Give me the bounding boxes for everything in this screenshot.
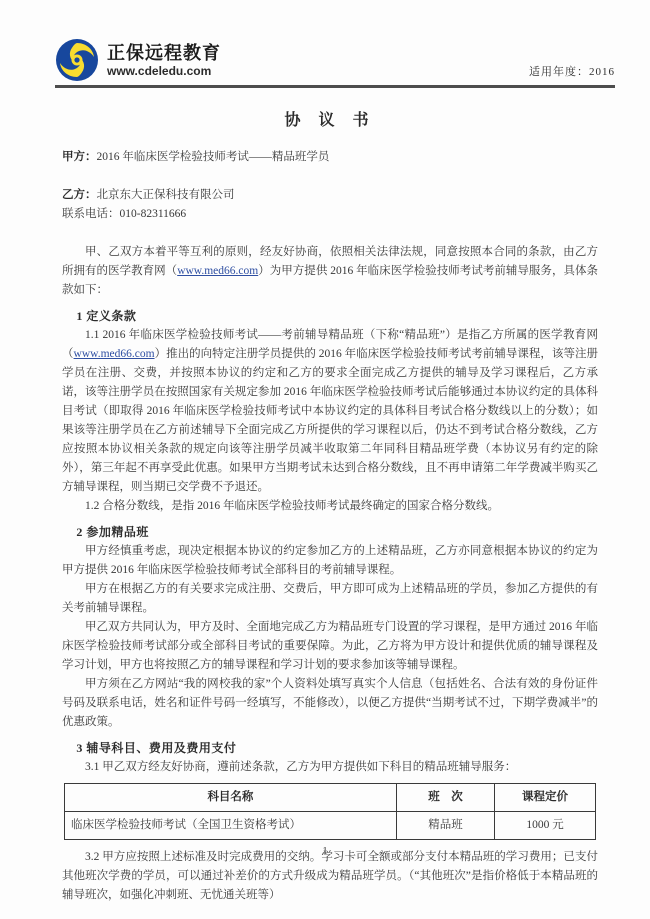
party-a-line: 甲方：2016 年临床医学检验技师考试——精品班学员 [62,148,598,167]
party-b-text: 北京东大正保科技有限公司 [97,189,235,201]
clause-3-1: 3.1 甲乙双方经友好协商，遵前述条款，乙方为甲方提供如下科目的精品班辅导服务： [62,758,598,777]
applicable-year: 适用年度：2016 [529,63,615,82]
col-header-price: 课程定价 [495,784,596,812]
brand-name: 正保远程教育 [107,42,221,64]
clause-1-2: 1.2 合格分数线，是指 2016 年临床医学检验技师考试最终确定的国家合格分数… [62,497,598,516]
document-title: 协 议 书 [62,110,598,132]
header-divider [55,85,615,88]
section-2-heading: 2 参加精品班 [62,522,598,542]
med66-link[interactable]: www.med66.com [177,265,258,277]
section-3-heading: 3 辅导科目、费用及费用支付 [62,738,598,758]
fee-table-row: 临床医学检验技师考试（全国卫生资格考试） 精品班 1000 元 [65,812,596,840]
party-b-line: 乙方：北京东大正保科技有限公司 [62,186,598,205]
med66-link[interactable]: www.med66.com [74,348,155,360]
section-2-paragraph-3: 甲乙双方共同认为，甲方及时、全面地完成乙方为精品班专门设置的学习课程，是甲方通过… [62,618,598,675]
party-b-label: 乙方： [62,189,97,201]
cell-subject: 临床医学检验技师考试（全国卫生资格考试） [65,812,397,840]
party-a-text: 2016 年临床医学检验技师考试——精品班学员 [97,151,330,163]
col-header-class-type: 班 次 [396,784,494,812]
section-1-heading: 1 定义条款 [62,306,598,326]
intro-paragraph: 甲、乙双方本着平等互利的原则，经友好协商，依照相关法律法规，同意按照本合同的条款… [62,243,598,300]
page-number: 1 [0,845,650,857]
phone-label: 联系电话： [62,208,120,220]
brand-website: www.cdeledu.com [107,64,221,79]
phone-value: 010-82311666 [120,208,187,220]
swirl-logo-icon [55,38,99,82]
page-header: 正保远程教育 www.cdeledu.com 适用年度：2016 [55,38,615,88]
contact-phone-line: 联系电话：010-82311666 [62,205,598,224]
applicable-year-label: 适用年度： [529,66,589,78]
section-2-paragraph-2: 甲方在根据乙方的有关要求完成注册、交费后，甲方即可成为上述精品班的学员，参加乙方… [62,580,598,618]
cell-price: 1000 元 [495,812,596,840]
applicable-year-value: 2016 [589,66,615,78]
document-page: 正保远程教育 www.cdeledu.com 适用年度：2016 协 议 书 甲… [0,0,650,919]
fee-table-header-row: 科目名称 班 次 课程定价 [65,784,596,812]
col-header-subject: 科目名称 [65,784,397,812]
section-2-paragraph-4: 甲方须在乙方网站“我的网校我的家”个人资料处填写真实个人信息（包括姓名、合法有效… [62,675,598,732]
cell-class-type: 精品班 [396,812,494,840]
party-a-label: 甲方： [62,151,97,163]
company-logo: 正保远程教育 www.cdeledu.com [55,38,221,82]
section-2-paragraph-1: 甲方经慎重考虑，现决定根据本协议的约定参加乙方的上述精品班，乙方亦同意根据本协议… [62,542,598,580]
document-content: 协 议 书 甲方：2016 年临床医学检验技师考试——精品班学员 乙方：北京东大… [62,100,598,905]
fee-table: 科目名称 班 次 课程定价 临床医学检验技师考试（全国卫生资格考试） 精品班 1… [64,783,596,840]
clause-1-1: 1.1 2016 年临床医学检验技师考试——考前辅导精品班（下称“精品班”）是指… [62,326,598,497]
